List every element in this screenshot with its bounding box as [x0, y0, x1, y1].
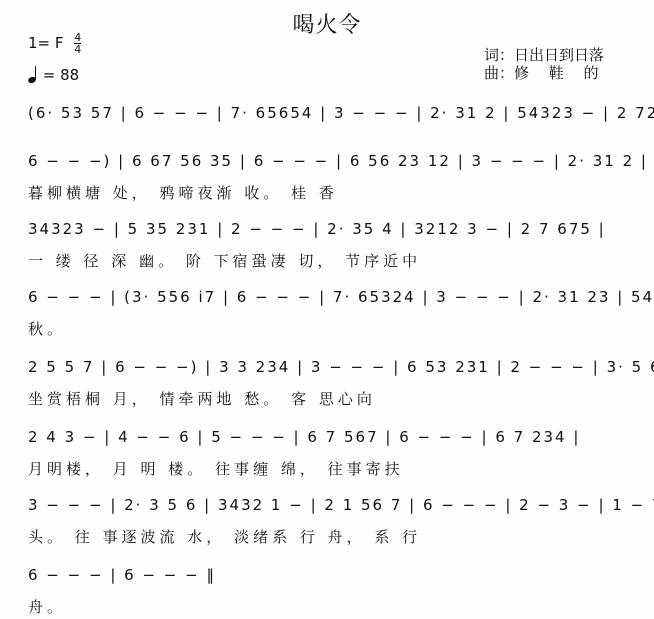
- lyrics-line: 头。 往 事逐波流 水， 淡绪系 行 舟， 系 行: [28, 526, 421, 547]
- score-row: 2 5 5 7 | 6 − − −) | 3 3 234 | 3 − − − |…: [0, 358, 654, 418]
- notation-line: 2 4 3 − | 4 − − 6 | 5 − − − | 6 7 567 | …: [28, 428, 580, 446]
- score-row: 6 − − − | (3· 556 i7 | 6 − − − | 7· 6532…: [0, 288, 654, 348]
- time-bottom: 4: [74, 44, 81, 55]
- quarter-note-icon: [28, 66, 38, 84]
- score-row: 6 − − − | 6 − − − ‖舟。: [0, 566, 654, 619]
- notation-line: 3 − − − | 2· 3 5 6 | 3432 1 − | 2 1 56 7…: [28, 496, 654, 514]
- tempo-marking: = 88: [28, 66, 79, 84]
- song-title: 喝火令: [0, 8, 654, 39]
- lyrics-line: 舟。: [28, 596, 66, 617]
- notation-line: (6· 53 57 | 6 − − − | 7· 65654 | 3 − − −…: [28, 104, 654, 122]
- notation-line: 2 5 5 7 | 6 − − −) | 3 3 234 | 3 − − − |…: [28, 358, 654, 376]
- score-row: 6 − − −) | 6 67 56 35 | 6 − − − | 6 56 2…: [0, 152, 654, 212]
- notation-line: 6 − − − | (3· 556 i7 | 6 − − − | 7· 6532…: [28, 288, 654, 306]
- score-row: 2 4 3 − | 4 − − 6 | 5 − − − | 6 7 567 | …: [0, 428, 654, 488]
- key-label: 1= F: [28, 34, 64, 52]
- key-signature: 1= F 4 4: [28, 32, 81, 55]
- lyricist: 词：日出日到日落: [484, 46, 604, 64]
- notation-line: 34323 − | 5 35 231 | 2 − − − | 2· 35 4 |…: [28, 220, 606, 238]
- lyrics-line: 暮柳横塘 处， 鸦啼夜渐 收。 桂 香: [28, 182, 338, 203]
- lyrics-line: 秋。: [28, 318, 66, 339]
- score-row: 3 − − − | 2· 3 5 6 | 3432 1 − | 2 1 56 7…: [0, 496, 654, 556]
- lyrics-line: 一 缕 径 深 幽。 阶 下宿蛩凄 切， 节序近中: [28, 250, 421, 271]
- credits: 词：日出日到日落 曲：修 鞋 的: [484, 46, 604, 82]
- lyrics-line: 坐赏梧桐 月， 情牵两地 愁。 客 思心向: [28, 388, 376, 409]
- score-row: 34323 − | 5 35 231 | 2 − − − | 2· 35 4 |…: [0, 220, 654, 280]
- composer: 曲：修 鞋 的: [484, 64, 604, 82]
- notation-line: 6 − − − | 6 − − − ‖: [28, 566, 216, 584]
- lyrics-line: 月明楼， 月 明 楼。 往事缠 绵， 往事寄扶: [28, 458, 404, 479]
- time-signature: 4 4: [74, 32, 81, 55]
- tempo-value: = 88: [43, 66, 79, 84]
- notation-line: 6 − − −) | 6 67 56 35 | 6 − − − | 6 56 2…: [28, 152, 648, 170]
